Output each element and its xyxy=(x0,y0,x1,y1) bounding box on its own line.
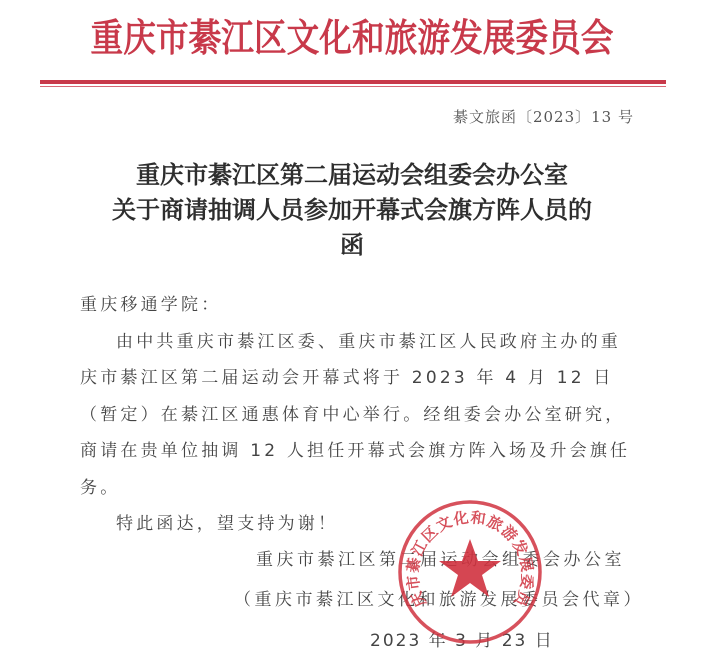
letterhead-rule-thin xyxy=(40,86,666,87)
signature-organization: 重庆市綦江区第二届运动会组委会办公室 xyxy=(256,545,625,570)
letterhead-title: 重庆市綦江区文化和旅游发展委员会 xyxy=(49,8,654,68)
signature-date: 2023 年 3 月 23 日 xyxy=(370,626,554,651)
document-number: 綦文旅函〔2023〕13 号 xyxy=(453,106,634,127)
letter-body: 重庆移通学院： 由中共重庆市綦江区委、重庆市綦江区人民政府主办的重庆市綦江区第二… xyxy=(80,287,635,543)
closing-line: 特此函达，望支持为谢！ xyxy=(80,506,635,543)
title-line-1: 重庆市綦江区第二届运动会组委会办公室 xyxy=(0,157,704,192)
body-paragraph: 由中共重庆市綦江区委、重庆市綦江区人民政府主办的重庆市綦江区第二届运动会开幕式将… xyxy=(80,324,635,507)
letterhead-rule-thick xyxy=(40,80,666,84)
title-line-3: 函 xyxy=(0,227,704,262)
title-line-2: 关于商请抽调人员参加开幕式会旗方阵人员的 xyxy=(0,192,704,227)
document-title: 重庆市綦江区第二届运动会组委会办公室 关于商请抽调人员参加开幕式会旗方阵人员的 … xyxy=(0,157,704,262)
salutation: 重庆移通学院： xyxy=(80,287,635,324)
signature-seal-note: （重庆市綦江区文化和旅游发展委员会代章） xyxy=(234,585,644,610)
